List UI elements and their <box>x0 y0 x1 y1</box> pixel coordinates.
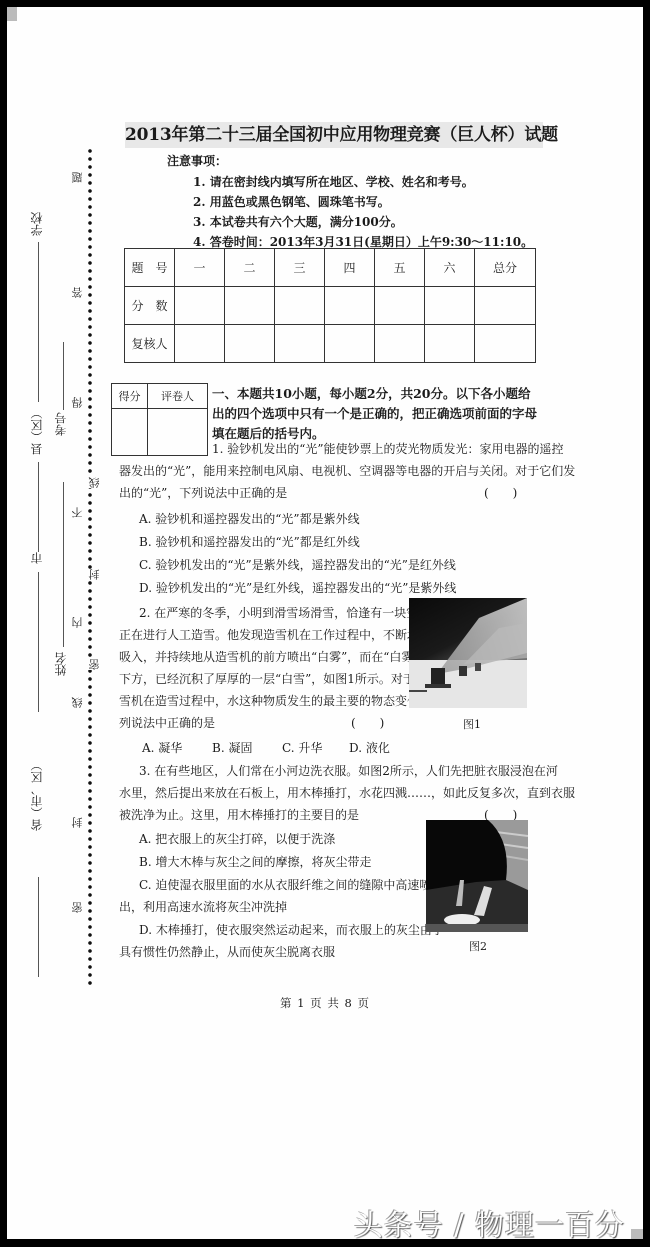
reviewer-cell[interactable] <box>375 325 425 363</box>
option-b: B. 增大木棒与灰尘之间的摩擦，将灰尘带走 <box>139 852 371 873</box>
question-text: 雪机在造雪过程中，水这种物质发生的最主要的物态变化，下 <box>119 691 443 712</box>
option-d-cont: 具有惯性仍然静止，从而使灰尘脱离衣服 <box>119 942 335 963</box>
seal-char: 内 <box>70 617 86 628</box>
option-c: C. 升华 <box>282 738 322 759</box>
field-name-label: 姓名 <box>55 652 67 676</box>
column-header: 四 <box>325 249 375 287</box>
row-header: 复核人 <box>125 325 175 363</box>
scan-corner <box>7 7 17 21</box>
page-number: 第 1 页 共 8 页 <box>7 995 643 1011</box>
note-item: 3. 本试卷共有六个大题，满分100分。 <box>193 213 403 230</box>
option-b: B. 凝固 <box>212 738 252 759</box>
seal-char: 得 <box>70 397 86 408</box>
field-county-line[interactable] <box>38 462 39 552</box>
option-d: D. 验钞机发出的“光”是红外线，遥控器发出的“光”是紫外线 <box>139 578 456 599</box>
field-id-line[interactable] <box>63 342 64 410</box>
scan-corner <box>631 1229 643 1239</box>
column-header: 六 <box>425 249 475 287</box>
field-county-label: 县（区） <box>31 407 43 455</box>
table-row: 复核人 <box>125 325 536 363</box>
figure-caption: 图1 <box>463 716 481 732</box>
grader-score-cell[interactable] <box>112 409 148 456</box>
question-text: 器发出的“光”，能用来控制电风扇、电视机、空调器等电器的开启与关闭。对于它们发 <box>119 461 575 482</box>
score-cell[interactable] <box>225 287 275 325</box>
seal-char: 题 <box>70 172 86 183</box>
field-province-line[interactable] <box>38 877 39 977</box>
reviewer-cell[interactable] <box>475 325 536 363</box>
note-item: 1. 请在密封线内填写所在地区、学校、姓名和考号。 <box>193 173 474 190</box>
reviewer-cell[interactable] <box>325 325 375 363</box>
column-header: 一 <box>175 249 225 287</box>
notes-heading: 注意事项： <box>167 152 227 169</box>
field-school-label: 学校 <box>31 212 43 236</box>
option-d: D. 液化 <box>349 738 390 759</box>
seal-inline-char: 线 <box>87 477 103 488</box>
seal-char: 答 <box>70 287 86 298</box>
score-table: 题 号 一 二 三 四 五 六 总分 分 数 复核人 <box>124 248 536 363</box>
grader-name-cell[interactable] <box>148 409 208 456</box>
score-cell[interactable] <box>325 287 375 325</box>
question-text: 1. 验钞机发出的“光”能使钞票上的荧光物质发光：家用电器的遥控 <box>212 439 564 460</box>
option-a: A. 凝华 <box>142 738 182 759</box>
option-a: A. 验钞机和遥控器发出的“光”都是紫外线 <box>139 509 360 530</box>
score-cell[interactable] <box>475 287 536 325</box>
option-a: A. 把衣服上的灰尘打碎，以便于洗涤 <box>139 829 335 850</box>
field-name-line[interactable] <box>63 482 64 647</box>
question-text: 下方，已经沉积了厚厚的一层“白雪”，如图1所示。对于造 <box>119 669 427 690</box>
grader-score-header: 得分 <box>112 384 148 409</box>
seal-char: 不 <box>70 507 86 518</box>
seal-char: 线 <box>70 697 86 708</box>
score-cell[interactable] <box>275 287 325 325</box>
reviewer-cell[interactable] <box>175 325 225 363</box>
field-school-line[interactable] <box>38 242 39 402</box>
question-text: 水里，然后提出来放在石板上，用木棒捶打，水花四溅……，如此反复多次，直到衣服 <box>119 783 575 804</box>
column-header: 三 <box>275 249 325 287</box>
seal-inline-char: 封 <box>87 569 103 580</box>
seal-inline-char: 密 <box>87 659 103 670</box>
reviewer-cell[interactable] <box>225 325 275 363</box>
watermark: 头条号 / 物理一百分 <box>354 1203 625 1244</box>
question-text: 被洗净为止。这里，用木棒捶打的主要目的是 <box>119 805 359 826</box>
field-city-label: 市 <box>31 552 43 564</box>
question-text: 正在进行人工造雪。他发现造雪机在工作过程中，不断地将水 <box>119 625 443 646</box>
option-c: C. 迫使湿衣服里面的水从衣服纤维之间的缝隙中高速喷 <box>139 875 431 896</box>
note-item: 2. 用蓝色或黑色钢笔、圆珠笔书写。 <box>193 193 390 210</box>
grader-box: 得分 评卷人 <box>111 383 208 456</box>
score-cell[interactable] <box>425 287 475 325</box>
field-province-label: 省（市、区） <box>31 759 43 831</box>
section-heading: 一、本题共10小题，每小题2分，共20分。以下各小题给出的四个选项中只有一个是正… <box>212 384 538 444</box>
figure-snow-machine <box>409 598 527 708</box>
reviewer-cell[interactable] <box>425 325 475 363</box>
row-header: 题 号 <box>125 249 175 287</box>
field-city-line[interactable] <box>38 572 39 712</box>
reviewer-cell[interactable] <box>275 325 325 363</box>
question-text: 列说法中正确的是 <box>119 713 215 734</box>
question-text: 3. 在有些地区，人们常在小河边洗衣服。如图2所示，人们先把脏衣服浸泡在河 <box>139 761 558 782</box>
column-header: 二 <box>225 249 275 287</box>
seal-dotted-line <box>86 147 94 987</box>
column-header: 总分 <box>475 249 536 287</box>
option-c: C. 验钞机发出的“光”是紫外线，遥控器发出的“光”是红外线 <box>139 555 456 576</box>
field-id-label: 考号 <box>55 412 67 436</box>
table-row: 分 数 <box>125 287 536 325</box>
question-text: 2. 在严寒的冬季，小明到滑雪场滑雪，恰逢有一块空地 <box>139 603 430 624</box>
option-c-cont: 出，利用高速水流将灰尘冲洗掉 <box>119 897 287 918</box>
seal-char: 封 <box>70 817 86 828</box>
exam-page: 省（市、区） 市 县（区） 学校 姓名 考号 密 封 线 内 不 得 答 题 线… <box>7 7 643 1239</box>
table-row: 题 号 一 二 三 四 五 六 总分 <box>125 249 536 287</box>
option-b: B. 验钞机和遥控器发出的“光”都是红外线 <box>139 532 360 553</box>
figure-caption: 图2 <box>469 938 487 954</box>
question-text: 吸入，并持续地从造雪机的前方喷出“白雾”，而在“白雾” <box>119 647 420 668</box>
answer-bracket[interactable]: ( ) <box>484 483 517 504</box>
row-header: 分 数 <box>125 287 175 325</box>
option-d: D. 木棒捶打，使衣服突然运动起来，而衣服上的灰尘由于 <box>139 920 444 941</box>
question-text: 出的“光”，下列说法中正确的是 <box>119 483 287 504</box>
score-cell[interactable] <box>375 287 425 325</box>
answer-bracket[interactable]: ( ) <box>351 713 384 734</box>
grader-name-header: 评卷人 <box>148 384 208 409</box>
seal-char: 密 <box>70 902 86 913</box>
column-header: 五 <box>375 249 425 287</box>
page-title: 2013年第二十三届全国初中应用物理竞赛（巨人杯）试题 <box>125 122 543 148</box>
figure-washing-clothes <box>426 820 528 932</box>
score-cell[interactable] <box>175 287 225 325</box>
